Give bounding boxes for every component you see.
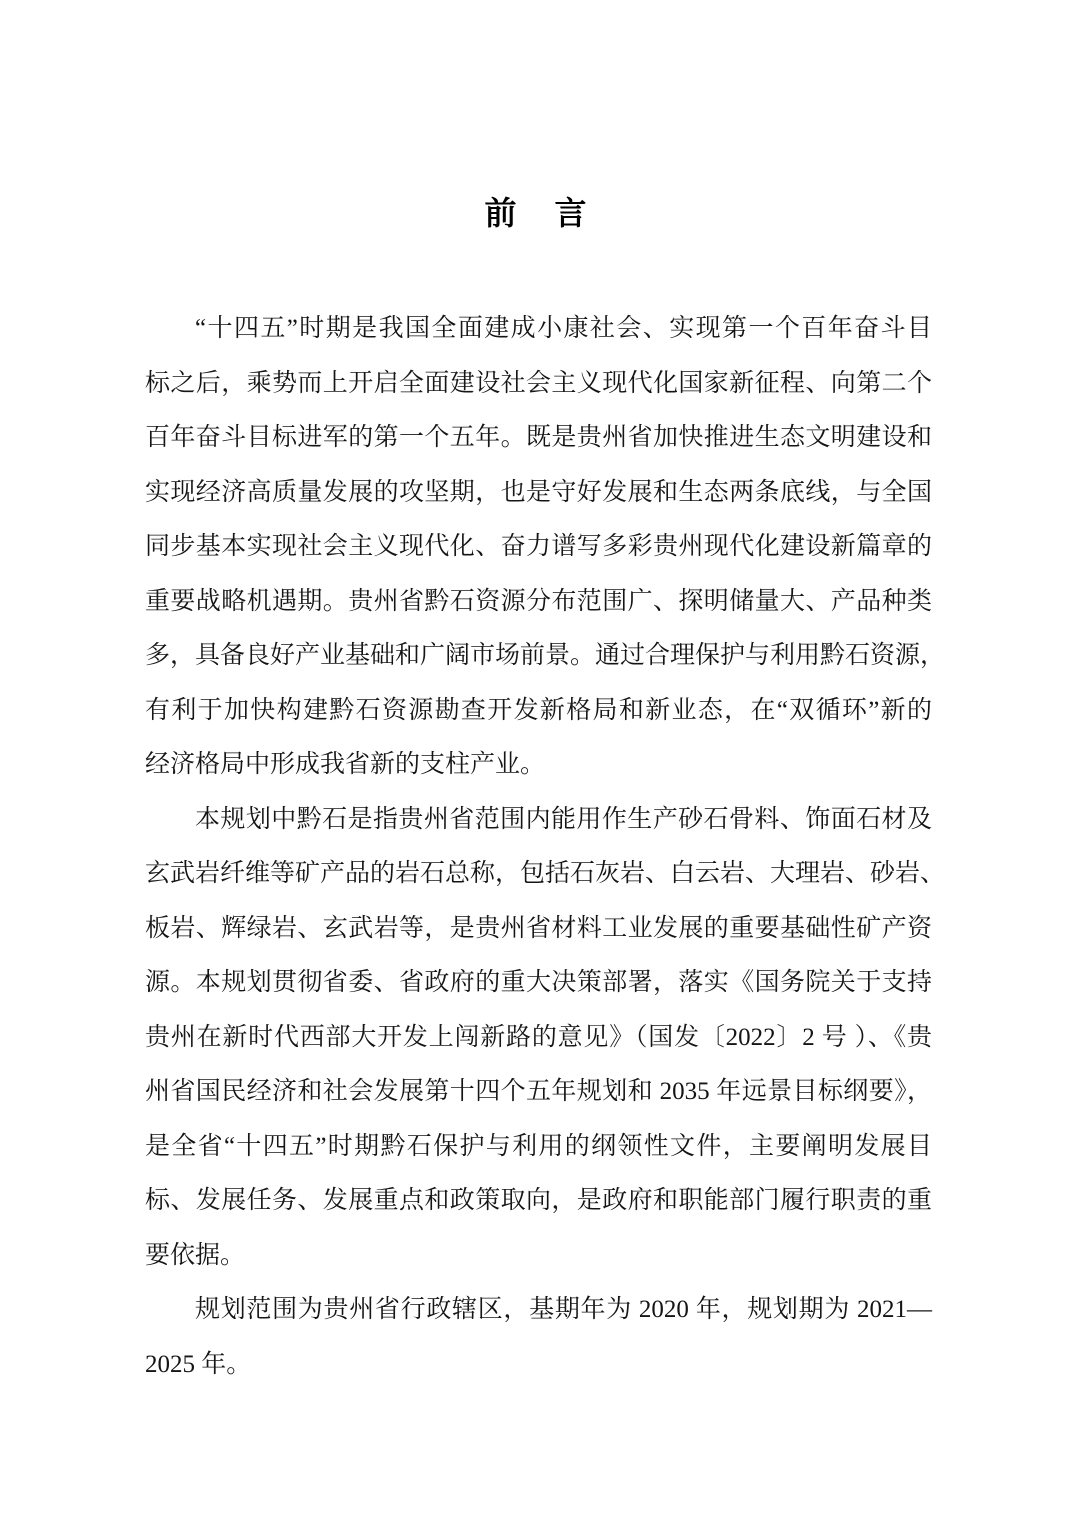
text-line: 标、发展任务、发展重点和政策取向，是政府和职能部门履行职责的重 xyxy=(145,1174,932,1229)
text-line: 实现经济高质量发展的攻坚期，也是守好发展和生态两条底线，与全国 xyxy=(145,466,932,521)
text-line: 多，具备良好产业基础和广阔市场前景。通过合理保护与利用黔石资源， xyxy=(145,629,932,684)
document-body: “十四五”时期是我国全面建成小康社会、实现第一个百年奋斗目 标之后，乘势而上开启… xyxy=(145,302,932,1392)
text-line: 玄武岩纤维等矿产品的岩石总称，包括石灰岩、白云岩、大理岩、砂岩、 xyxy=(145,847,932,902)
text-line: 要依据。 xyxy=(145,1229,932,1284)
text-line: 贵州在新时代西部大开发上闯新路的意见》（国发〔2022〕2 号 ）、《贵 xyxy=(145,1011,932,1066)
text-line: 同步基本实现社会主义现代化、奋力谱写多彩贵州现代化建设新篇章的 xyxy=(145,520,932,575)
text-line: “十四五”时期是我国全面建成小康社会、实现第一个百年奋斗目 xyxy=(145,302,932,357)
text-line: 是全省“十四五”时期黔石保护与利用的纲领性文件，主要阐明发展目 xyxy=(145,1120,932,1175)
paragraph-3: 规划范围为贵州省行政辖区，基期年为 2020 年，规划期为 2021— 2025… xyxy=(145,1283,932,1392)
text-line: 百年奋斗目标进军的第一个五年。既是贵州省加快推进生态文明建设和 xyxy=(145,411,932,466)
text-line: 源。本规划贯彻省委、省政府的重大决策部署，落实《国务院关于支持 xyxy=(145,956,932,1011)
document-page: 前 言 “十四五”时期是我国全面建成小康社会、实现第一个百年奋斗目 标之后，乘势… xyxy=(0,0,1074,1520)
page-title: 前 言 xyxy=(0,188,1074,234)
text-line: 经济格局中形成我省新的支柱产业。 xyxy=(145,738,932,793)
text-line: 重要战略机遇期。贵州省黔石资源分布范围广、探明储量大、产品种类 xyxy=(145,575,932,630)
text-line: 有利于加快构建黔石资源勘查开发新格局和新业态，在“双循环”新的 xyxy=(145,684,932,739)
text-line: 本规划中黔石是指贵州省范围内能用作生产砂石骨料、饰面石材及 xyxy=(145,793,932,848)
text-line: 2025 年。 xyxy=(145,1338,932,1393)
text-line: 板岩、辉绿岩、玄武岩等，是贵州省材料工业发展的重要基础性矿产资 xyxy=(145,902,932,957)
paragraph-2: 本规划中黔石是指贵州省范围内能用作生产砂石骨料、饰面石材及 玄武岩纤维等矿产品的… xyxy=(145,793,932,1284)
text-line: 规划范围为贵州省行政辖区，基期年为 2020 年，规划期为 2021— xyxy=(145,1283,932,1338)
paragraph-1: “十四五”时期是我国全面建成小康社会、实现第一个百年奋斗目 标之后，乘势而上开启… xyxy=(145,302,932,793)
text-line: 州省国民经济和社会发展第十四个五年规划和 2035 年远景目标纲要》， xyxy=(145,1065,932,1120)
text-line: 标之后，乘势而上开启全面建设社会主义现代化国家新征程、向第二个 xyxy=(145,357,932,412)
